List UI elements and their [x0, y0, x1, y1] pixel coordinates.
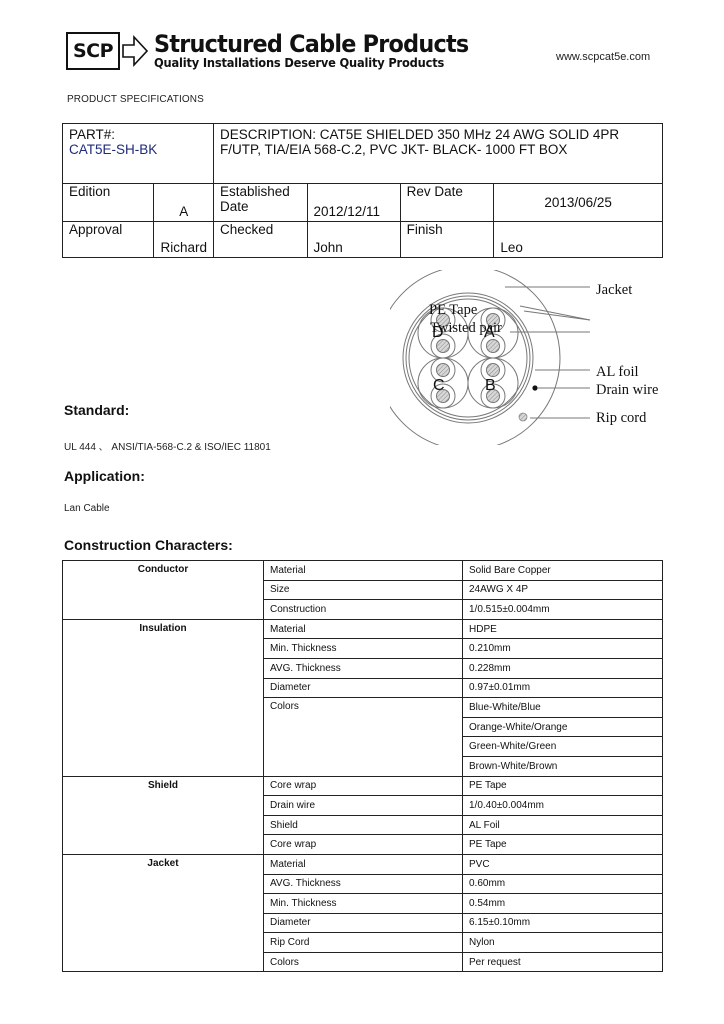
part-label: PART#: [69, 127, 207, 142]
pair-label-a: A [484, 324, 495, 342]
value-cell: Nylon [463, 933, 663, 953]
group-name-cell: Jacket [63, 854, 264, 972]
value-cell: 0.54mm [463, 894, 663, 914]
company-tagline: Quality Installations Deserve Quality Pr… [154, 57, 468, 69]
checked-label: Checked [214, 222, 308, 258]
value-cell: AL Foil [463, 815, 663, 835]
value-cell: Orange-White/Orange [463, 717, 663, 737]
table-row: ShieldCore wrapPE Tape [63, 776, 663, 796]
pair-label-d: D [432, 324, 444, 342]
parameter-cell: Min. Thickness [264, 639, 463, 659]
value-cell: Solid Bare Copper [463, 561, 663, 581]
description-line-2: F/UTP, TIA/EIA 568-C.2, PVC JKT- BLACK- … [220, 142, 656, 157]
label-al-foil: AL foil [596, 364, 639, 381]
rev-date-label: Rev Date [400, 184, 494, 222]
finish-label: Finish [400, 222, 494, 258]
part-number: CAT5E-SH-BK [69, 142, 207, 157]
part-cell: PART#: CAT5E-SH-BK [63, 124, 214, 184]
value-cell: PE Tape [463, 835, 663, 855]
description-line-1: DESCRIPTION: CAT5E SHIELDED 350 MHz 24 A… [220, 127, 656, 142]
established-label: Established Date [214, 184, 308, 222]
company-name: Structured Cable Products [154, 32, 468, 56]
value-cell: Per request [463, 952, 663, 972]
approval-label: Approval [63, 222, 154, 258]
parameter-cell: Shield [264, 815, 463, 835]
value-cell: PE Tape [463, 776, 663, 796]
label-pe-tape: PE Tape [429, 302, 477, 319]
parameter-cell: Size [264, 580, 463, 600]
description-cell: DESCRIPTION: CAT5E SHIELDED 350 MHz 24 A… [214, 124, 663, 184]
parameter-cell: AVG. Thickness [264, 658, 463, 678]
pair-label-c: C [433, 377, 445, 395]
group-name-cell: Insulation [63, 619, 264, 776]
established-label-line2: Date [220, 199, 301, 214]
application-text: Lan Cable [64, 503, 110, 514]
group-name-cell: Shield [63, 776, 264, 854]
established-label-line1: Established [220, 184, 301, 199]
parameter-cell: Colors [264, 698, 463, 776]
standard-heading: Standard: [64, 402, 129, 418]
parameter-cell: Material [264, 619, 463, 639]
label-rip-cord: Rip cord [596, 410, 646, 427]
value-cell: 0.228mm [463, 658, 663, 678]
value-cell: 6.15±0.10mm [463, 913, 663, 933]
edition-value: A [154, 184, 214, 222]
parameter-cell: AVG. Thickness [264, 874, 463, 894]
value-cell: PVC [463, 854, 663, 874]
checked-value: John [307, 222, 400, 258]
document-type: PRODUCT SPECIFICATIONS [67, 94, 204, 105]
parameter-cell: Material [264, 854, 463, 874]
parameter-cell: Colors [264, 952, 463, 972]
arrow-icon [122, 34, 148, 68]
standard-text: UL 444 、 ANSI/TIA-568-C.2 & ISO/IEC 1180… [64, 438, 271, 453]
table-row: JacketMaterialPVC [63, 854, 663, 874]
website-link[interactable]: www.scpcat5e.com [556, 51, 650, 63]
parameter-cell: Min. Thickness [264, 894, 463, 914]
value-cell: 0.60mm [463, 874, 663, 894]
value-cell: HDPE [463, 619, 663, 639]
value-cell: Blue-White/Blue [463, 698, 663, 718]
value-cell: 1/0.515±0.004mm [463, 600, 663, 620]
table-row: InsulationMaterialHDPE [63, 619, 663, 639]
value-cell: 1/0.40±0.004mm [463, 796, 663, 816]
logo-mark: SCP [66, 32, 120, 70]
company-logo: SCP Structured Cable Products Quality In… [66, 31, 492, 71]
established-value: 2012/12/11 [307, 184, 400, 222]
edition-label: Edition [63, 184, 154, 222]
value-cell: 24AWG X 4P [463, 580, 663, 600]
parameter-cell: Core wrap [264, 835, 463, 855]
parameter-cell: Construction [264, 600, 463, 620]
value-cell: 0.210mm [463, 639, 663, 659]
label-jacket: Jacket [596, 282, 632, 299]
pair-label-b: B [485, 377, 496, 395]
rev-date-value: 2013/06/25 [494, 184, 663, 222]
group-name-cell: Conductor [63, 561, 264, 620]
cable-cross-section-diagram: Jacket PE Tape Twisted pair AL foil Drai… [390, 270, 680, 445]
label-drain-wire: Drain wire [596, 382, 658, 399]
value-cell: Green-White/Green [463, 737, 663, 757]
table-row: ConductorMaterialSolid Bare Copper [63, 561, 663, 581]
finish-value: Leo [494, 222, 663, 258]
parameter-cell: Core wrap [264, 776, 463, 796]
parameter-cell: Drain wire [264, 796, 463, 816]
value-cell: Brown-White/Brown [463, 756, 663, 776]
approval-value: Richard [154, 222, 214, 258]
application-heading: Application: [64, 468, 145, 484]
parameter-cell: Material [264, 561, 463, 581]
parameter-cell: Diameter [264, 678, 463, 698]
construction-table: ConductorMaterialSolid Bare CopperSize24… [62, 560, 663, 972]
parameter-cell: Rip Cord [264, 933, 463, 953]
construction-heading: Construction Characters: [64, 537, 233, 553]
product-info-table: PART#: CAT5E-SH-BK DESCRIPTION: CAT5E SH… [62, 123, 663, 258]
parameter-cell: Diameter [264, 913, 463, 933]
value-cell: 0.97±0.01mm [463, 678, 663, 698]
